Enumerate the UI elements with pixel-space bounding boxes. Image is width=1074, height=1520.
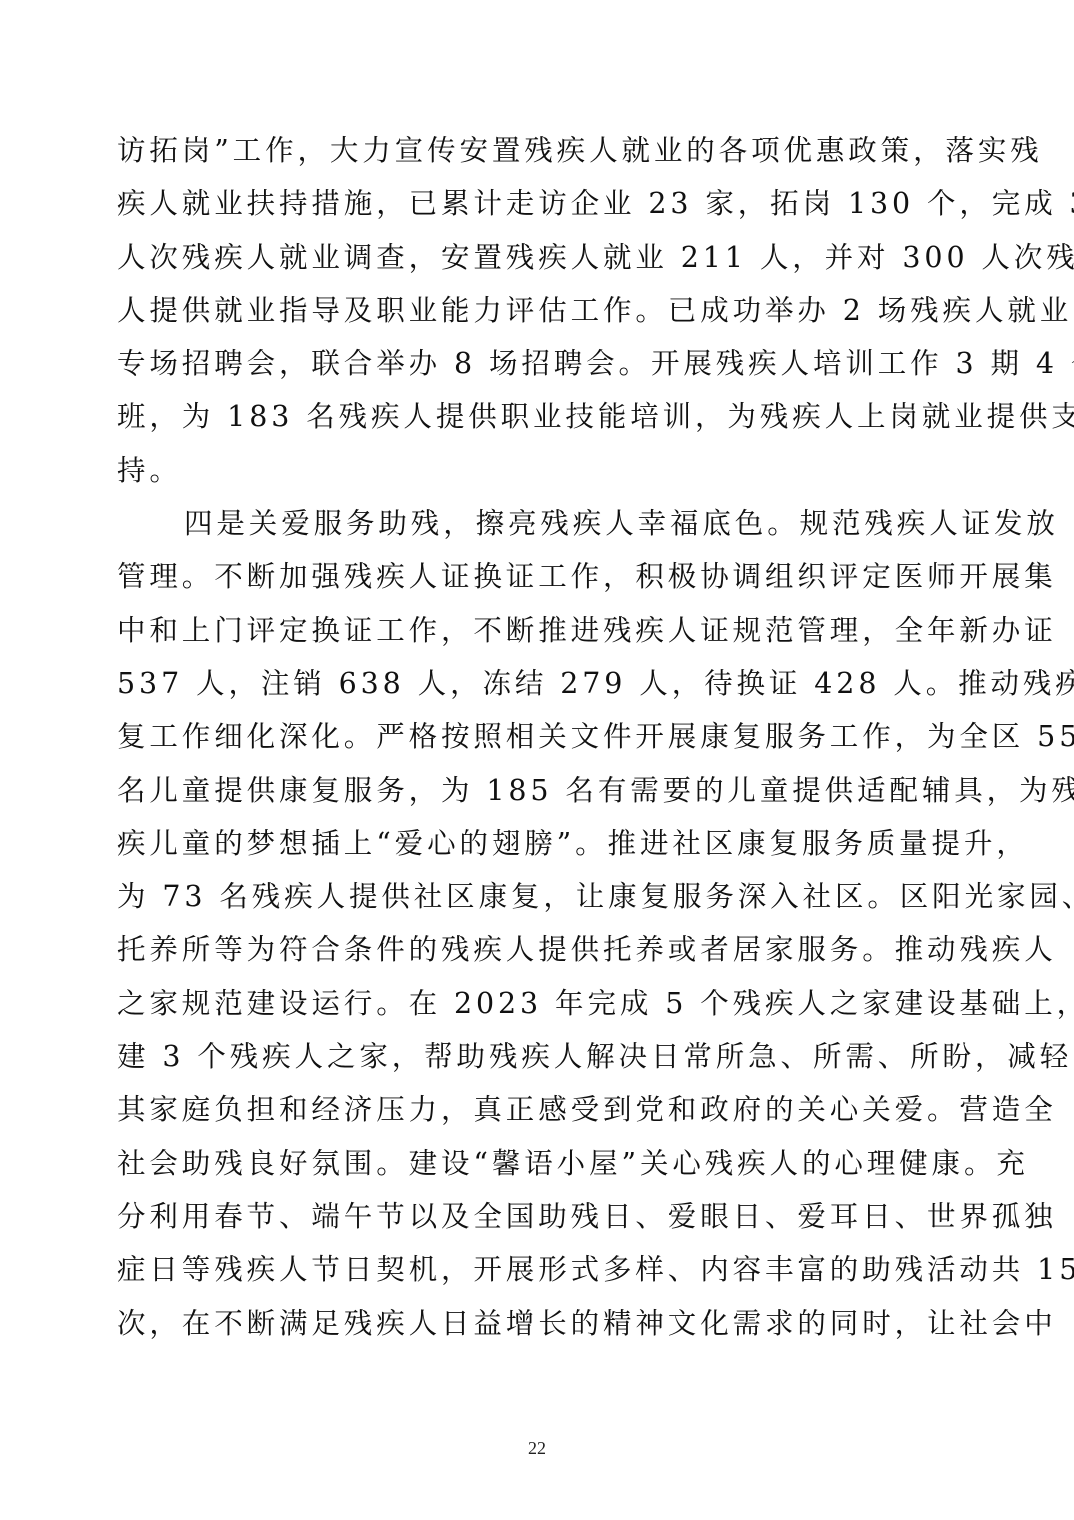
text-line: 次，在不断满足残疾人日益增长的精神文化需求的同时，让社会中 (117, 1297, 962, 1350)
text-line: 持。 (117, 444, 962, 497)
page-number: 22 (0, 1438, 1074, 1459)
text-line: 管理。不断加强残疾人证换证工作，积极协调组织评定医师开展集 (117, 550, 962, 603)
text-line: 为 73 名残疾人提供社区康复，让康复服务深入社区。区阳光家园、 (117, 870, 962, 923)
text-line: 疾儿童的梦想插上“爱心的翅膀”。推进社区康复服务质量提升， (117, 817, 962, 870)
text-line: 名儿童提供康复服务，为 185 名有需要的儿童提供适配辅具，为残 (117, 764, 962, 817)
paragraph-care-services: 四是关爱服务助残，擦亮残疾人幸福底色。规范残疾人证发放 管理。不断加强残疾人证换… (117, 497, 962, 1350)
text-line: 人提供就业指导及职业能力评估工作。已成功举办 2 场残疾人就业 (117, 284, 962, 337)
text-line: 之家规范建设运行。在 2023 年完成 5 个残疾人之家建设基础上，新 (117, 977, 962, 1030)
body-text: 访拓岗”工作，大力宣传安置残疾人就业的各项优惠政策，落实残 疾人就业扶持措施，已… (117, 124, 962, 1350)
text-line: 复工作细化深化。严格按照相关文件开展康复服务工作，为全区 558 (117, 710, 962, 763)
text-line: 班，为 183 名残疾人提供职业技能培训，为残疾人上岗就业提供支 (117, 390, 962, 443)
text-line: 537 人，注销 638 人，冻结 279 人，待换证 428 人。推动残疾人康 (117, 657, 962, 710)
text-line: 分利用春节、端午节以及全国助残日、爱眼日、爱耳日、世界孤独 (117, 1190, 962, 1243)
text-line: 疾人就业扶持措施，已累计走访企业 23 家，拓岗 130 个，完成 300 (117, 177, 962, 230)
document-page: 访拓岗”工作，大力宣传安置残疾人就业的各项优惠政策，落实残 疾人就业扶持措施，已… (0, 0, 1074, 1520)
paragraph-employment: 访拓岗”工作，大力宣传安置残疾人就业的各项优惠政策，落实残 疾人就业扶持措施，已… (117, 124, 962, 497)
text-line: 人次残疾人就业调查，安置残疾人就业 211 人，并对 300 人次残疾 (117, 231, 962, 284)
text-line: 四是关爱服务助残，擦亮残疾人幸福底色。规范残疾人证发放 (117, 497, 962, 550)
text-line: 其家庭负担和经济压力，真正感受到党和政府的关心关爱。营造全 (117, 1083, 962, 1136)
text-line: 社会助残良好氛围。建设“馨语小屋”关心残疾人的心理健康。充 (117, 1137, 962, 1190)
text-line: 症日等残疾人节日契机，开展形式多样、内容丰富的助残活动共 15 (117, 1243, 962, 1296)
text-line: 托养所等为符合条件的残疾人提供托养或者居家服务。推动残疾人 (117, 923, 962, 976)
text-line: 专场招聘会，联合举办 8 场招聘会。开展残疾人培训工作 3 期 4 个 (117, 337, 962, 390)
text-line: 中和上门评定换证工作，不断推进残疾人证规范管理，全年新办证 (117, 604, 962, 657)
text-line: 建 3 个残疾人之家，帮助残疾人解决日常所急、所需、所盼，减轻 (117, 1030, 962, 1083)
text-line: 访拓岗”工作，大力宣传安置残疾人就业的各项优惠政策，落实残 (117, 124, 962, 177)
